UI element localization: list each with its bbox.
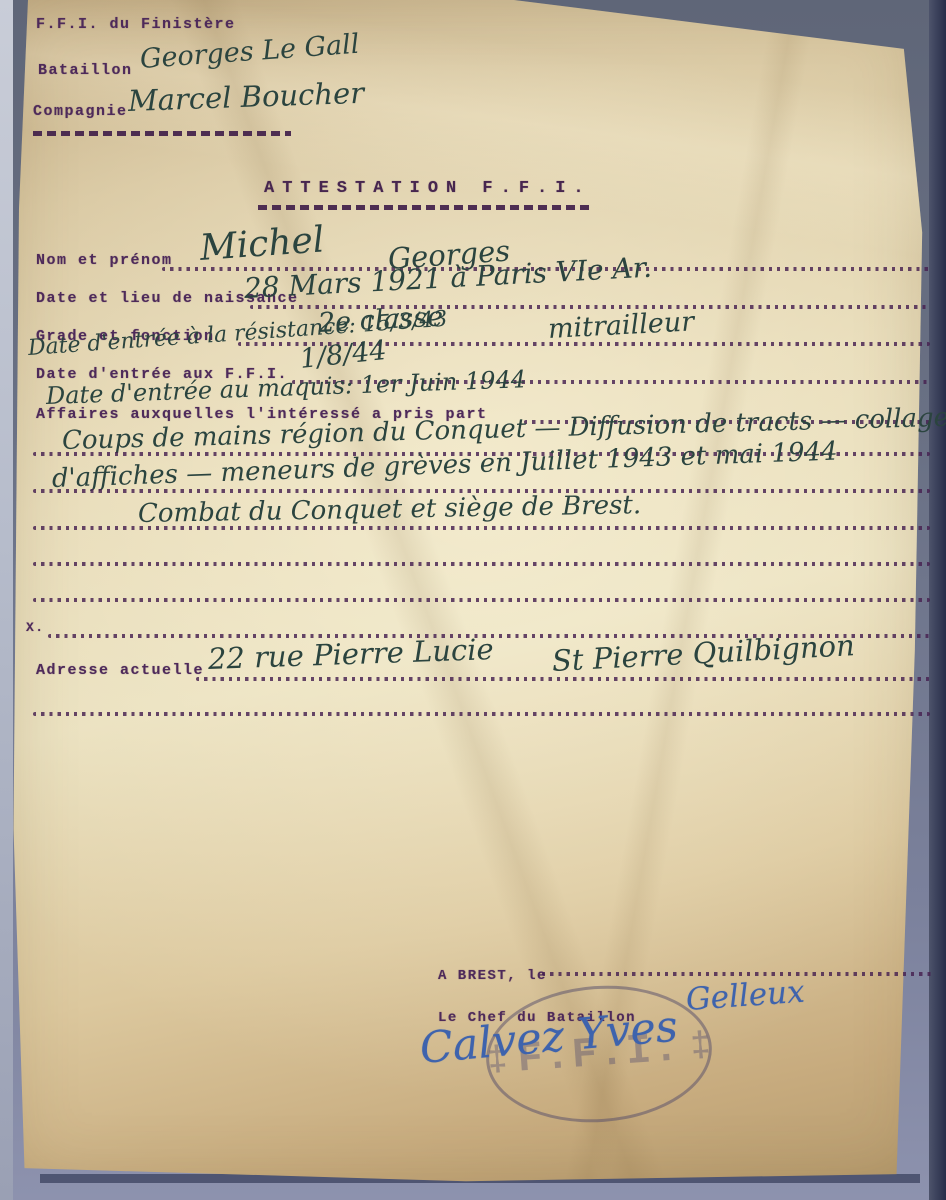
x-mark: X. [26,620,45,635]
dotted-line [542,972,932,976]
adresse-label: Adresse actuelle [36,662,204,679]
nom-label: Nom et prénom [36,252,173,269]
dotted-line [196,677,930,681]
dotted-line [33,562,930,566]
bataillon-label: Bataillon [38,62,133,79]
header-dashed-rule [33,131,291,136]
page-title: ATTESTATION F.F.I. [264,179,592,198]
nom-handwritten-first: Michel [199,219,326,269]
cross-of-lorraine-icon: ‡ [689,1027,712,1066]
org-title: F.F.I. du Finistère [36,16,236,33]
dotted-line [33,598,930,602]
dotted-line [33,712,930,716]
photo-stage: F.F.I. du Finistère Bataillon Georges Le… [0,0,946,1200]
dotted-line [33,526,930,530]
lieu-date-label: A BREST, le [438,968,547,984]
compagnie-label: Compagnie [33,103,128,120]
background-right-edge [929,0,946,1200]
background-left-edge [0,0,13,1200]
title-dashed-underline [258,205,594,210]
